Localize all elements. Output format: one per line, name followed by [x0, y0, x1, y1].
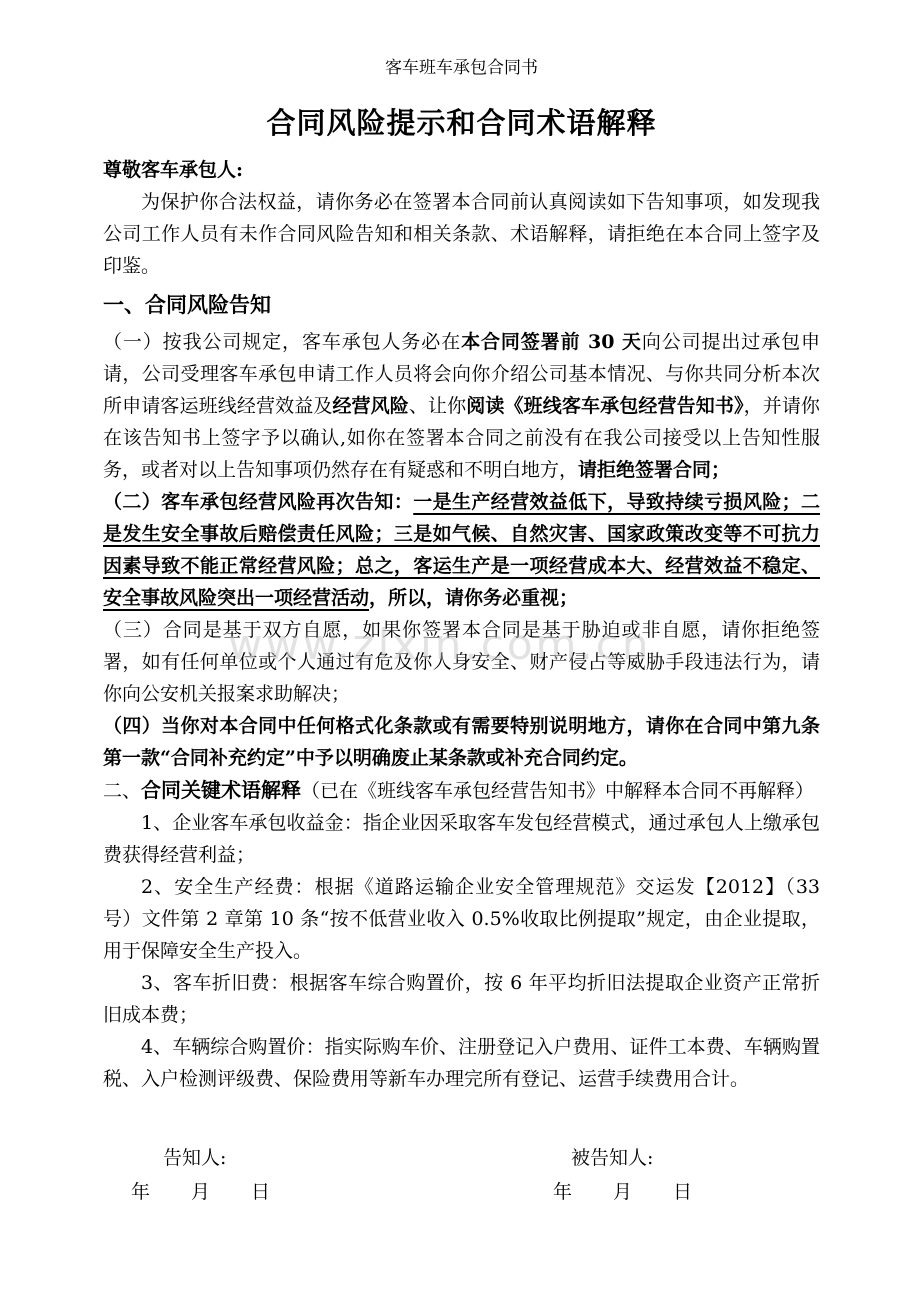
- informer-date-line: 年 月 日: [103, 1175, 453, 1209]
- document-body: 尊敬客车承包人: 为保护你合法权益，请你务必在签署本合同前认真阅读如下告知事项，…: [103, 154, 820, 1209]
- section2-number: 二、: [103, 780, 141, 802]
- informee-label: 被告知人:: [553, 1141, 693, 1175]
- risk1-text: 、让你: [409, 395, 466, 417]
- section2-heading: 二、合同关键术语解释（已在《班线客车承包经营告知书》中解释本合同不再解释）: [103, 774, 820, 807]
- risk2-lead: （二）客车承包经营风险再次告知：: [103, 491, 413, 513]
- salutation: 尊敬客车承包人:: [103, 154, 820, 186]
- signature-section: 告知人: 年 月 日 被告知人: 年 月 日: [103, 1141, 820, 1209]
- informer-label: 告知人:: [103, 1141, 453, 1175]
- risk-paragraph-3: （三）合同是基于双方自愿，如果你签署本合同是基于胁迫或非自愿，请你拒绝签署，如有…: [103, 614, 820, 710]
- term-item-2: 2、安全生产经费：根据《道路运输企业安全管理规范》交运发【2012】（33 号）…: [103, 871, 820, 967]
- section1-heading: 一、合同风险告知: [103, 286, 820, 324]
- risk1-bold-read-notice: 阅读《班线客车承包经营告知书》: [466, 395, 743, 417]
- signature-block-informee: 被告知人: 年 月 日: [553, 1141, 693, 1209]
- intro-paragraph: 为保护你合法权益，请你务必在签署本合同前认真阅读如下告知事项，如发现我公司工作人…: [103, 186, 820, 282]
- section2-note: （已在《班线客车承包经营告知书》中解释本合同不再解释）: [301, 780, 814, 802]
- section2-title: 合同关键术语解释: [141, 778, 301, 802]
- term-item-4: 4、车辆综合购置价：指实际购车价、注册登记入户费用、证件工本费、车辆购置税、入户…: [103, 1031, 820, 1095]
- informee-date-line: 年 月 日: [553, 1175, 693, 1209]
- risk1-bold-deadline: 本合同签署前 30 天: [461, 331, 642, 353]
- document-page: 客车班车承包合同书 合同风险提示和合同术语解释 尊敬客车承包人: 为保护你合法权…: [0, 0, 920, 1302]
- term-item-1: 1、企业客车承包收益金：指企业因采取客车发包经营模式，通过承包人上缴承包费获得经…: [103, 807, 820, 871]
- risk2-tail: ，所以，请你务必重视；: [369, 587, 578, 609]
- risk-paragraph-4: （四）当你对本合同中任何格式化条款或有需要特别说明地方，请你在合同中第九条第一款…: [103, 710, 820, 774]
- page-header: 客车班车承包合同书: [103, 56, 820, 80]
- risk1-text: （一）按我公司规定，客车承包人务必在: [103, 331, 461, 353]
- risk1-bold-refuse: 请拒绝签署合同；: [578, 459, 730, 481]
- signature-block-informer: 告知人: 年 月 日: [103, 1141, 453, 1209]
- risk-paragraph-2: （二）客车承包经营风险再次告知：一是生产经营效益低下，导致持续亏损风险；二是发生…: [103, 486, 820, 614]
- risk-paragraph-1: （一）按我公司规定，客车承包人务必在本合同签署前 30 天向公司提出过承包申请，…: [103, 326, 820, 486]
- term-item-3: 3、客车折旧费：根据客车综合购置价，按 6 年平均折旧法提取企业资产正常折旧成本…: [103, 967, 820, 1031]
- doc-title: 合同风险提示和合同术语解释: [103, 104, 820, 142]
- risk1-bold-risk: 经营风险: [332, 395, 408, 417]
